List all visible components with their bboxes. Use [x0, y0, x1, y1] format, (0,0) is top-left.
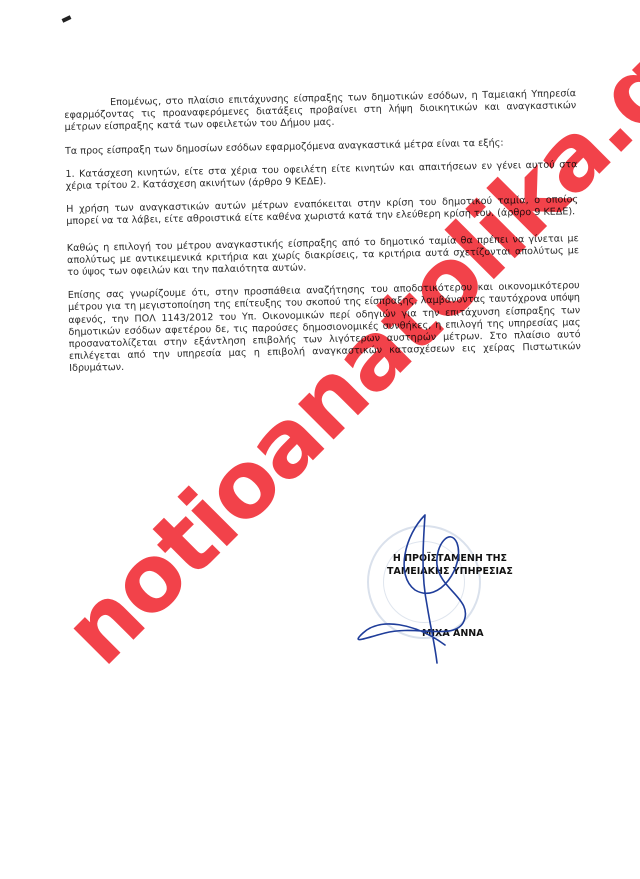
scan-mark [62, 15, 72, 22]
paragraph-1: Επομένως, στο πλαίσιο επιτάχυνσης είσπρα… [64, 88, 577, 134]
signature-block: Η ΠΡΟΪΣΤΑΜΕΝΗ ΤΗΣ ΤΑΜΕΙΑΚΗΣ ΥΠΗΡΕΣΙΑΣ ΜΙ… [345, 505, 545, 665]
handwritten-signature-icon [345, 505, 545, 665]
